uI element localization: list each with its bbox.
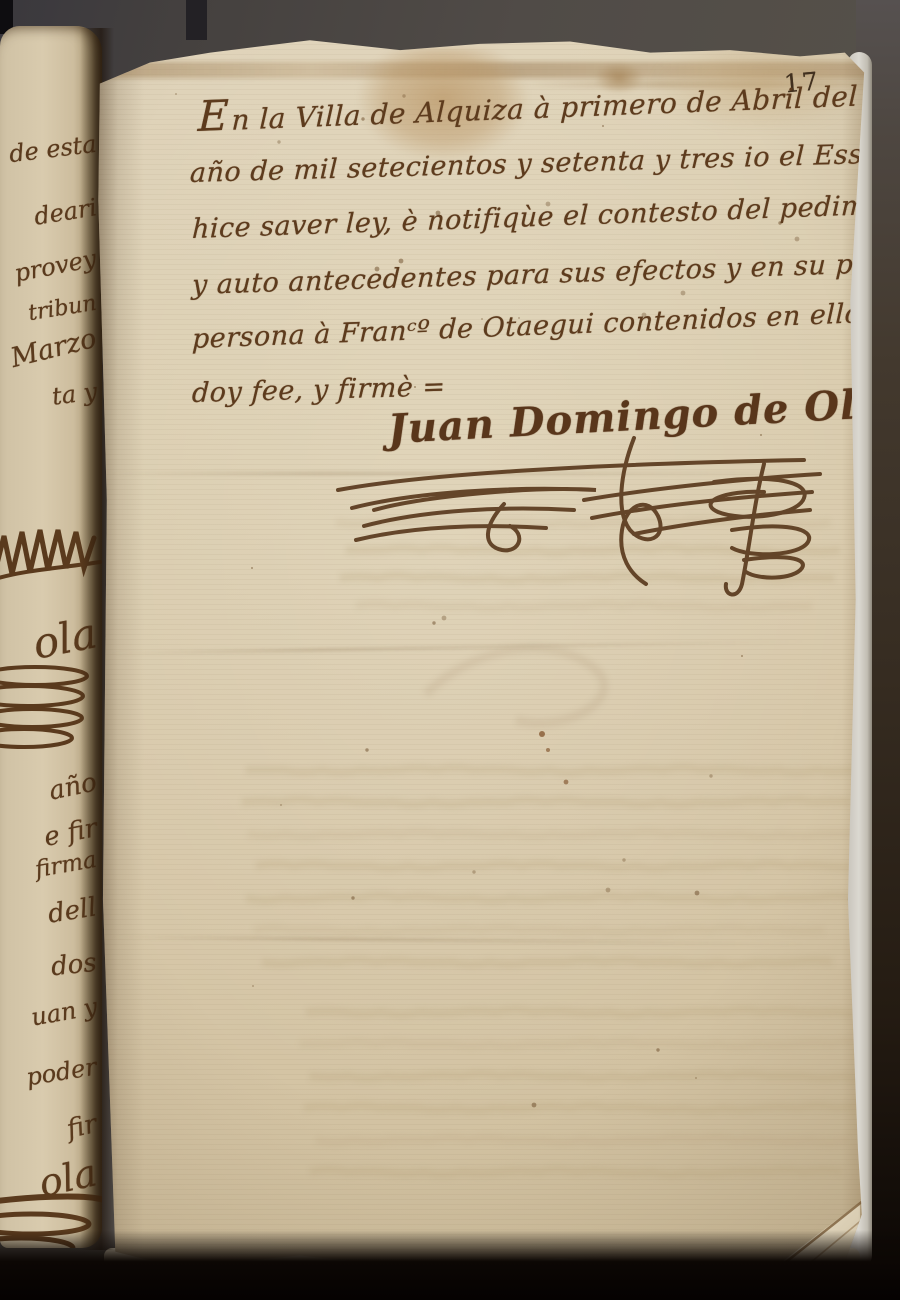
background-slot-object (186, 0, 207, 40)
manuscript-photo: de estadeariproveytribunMarzota yolaañoe… (0, 0, 900, 1300)
background-bottom-shadow (0, 1230, 900, 1300)
manuscript-page: 17 En la Villa de Alquiza à primero de A… (96, 34, 868, 1274)
signature-rubric-flourish (334, 434, 824, 594)
